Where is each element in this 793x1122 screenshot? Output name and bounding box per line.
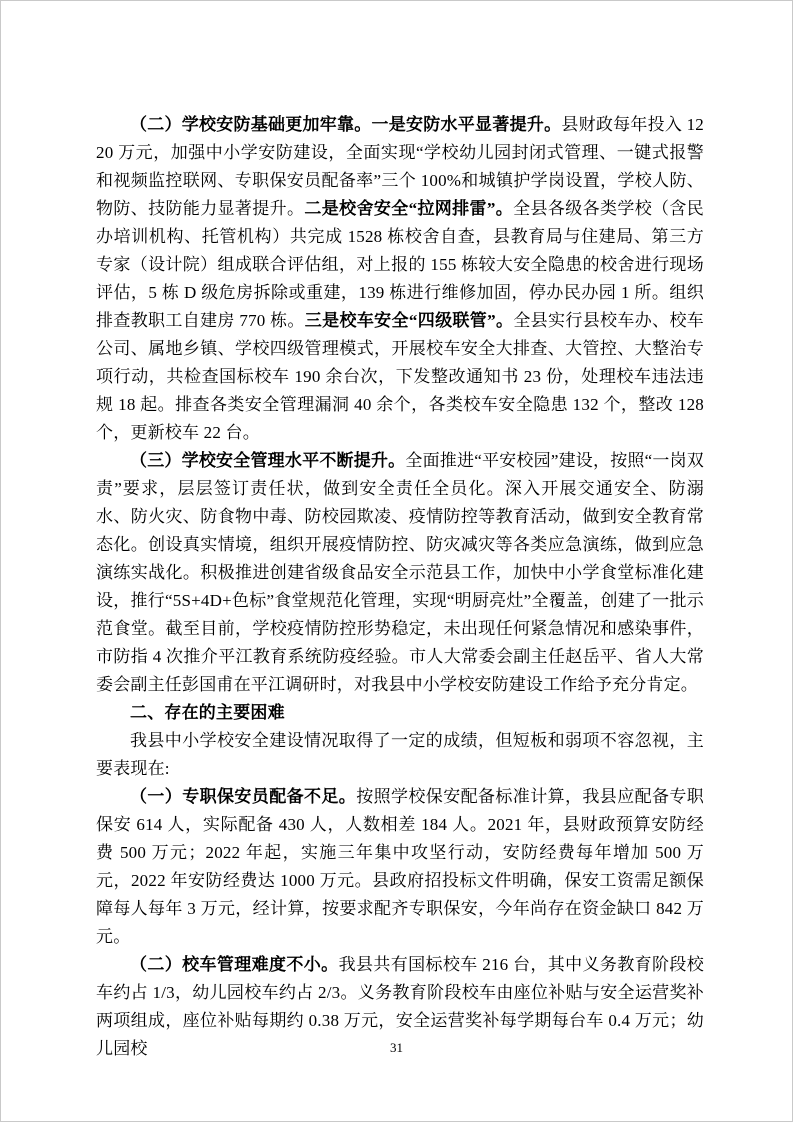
- text-run-bold: （三）学校安全管理水平不断提升。: [130, 451, 405, 470]
- text-run-bold: （二）校车管理难度不小。: [130, 955, 339, 974]
- paragraph-school-security-foundation: （二）学校安防基础更加牢靠。一是安防水平显著提升。县财政每年投入 1220 万元…: [96, 111, 704, 447]
- text-run-bold: （一）专职保安员配备不足。: [130, 787, 356, 806]
- text-run: 按照学校保安配备标准计算，我县应配备专职保安 614 人，实际配备 430 人，…: [96, 787, 704, 946]
- paragraph-safety-management: （三）学校安全管理水平不断提升。全面推进“平安校园”建设，按照“一岗双责”要求，…: [96, 447, 704, 699]
- text-run: 全县实行县校车办、校车公司、属地乡镇、学校四级管理模式，开展校车安全大排查、大管…: [96, 311, 704, 442]
- text-run: 全面推进“平安校园”建设，按照“一岗双责”要求，层层签订责任状，做到安全责任全员…: [96, 451, 704, 694]
- page-number: 31: [1, 1039, 792, 1057]
- text-run: 我县中小学校安全建设情况取得了一定的成绩，但短板和弱项不容忽视，主要表现在:: [96, 731, 704, 778]
- document-page: { "doc": { "paragraphs": [ { "segments":…: [0, 0, 793, 1122]
- text-run-bold: 三是校车安全“四级联管”。: [305, 311, 514, 330]
- text-run-bold: 二、存在的主要困难: [130, 703, 285, 722]
- text-run-bold: 二是校舍安全“拉网排雷”。: [304, 199, 513, 218]
- document-content: （二）学校安防基础更加牢靠。一是安防水平显著提升。县财政每年投入 1220 万元…: [96, 111, 704, 1063]
- paragraph-intro-difficulties: 我县中小学校安全建设情况取得了一定的成绩，但短板和弱项不容忽视，主要表现在:: [96, 727, 704, 783]
- paragraph-security-guard-shortage: （一）专职保安员配备不足。按照学校保安配备标准计算，我县应配备专职保安 614 …: [96, 783, 704, 951]
- section-heading-main-difficulties: 二、存在的主要困难: [96, 699, 704, 727]
- text-run-bold: （二）学校安防基础更加牢靠。一是安防水平显著提升。: [130, 115, 561, 134]
